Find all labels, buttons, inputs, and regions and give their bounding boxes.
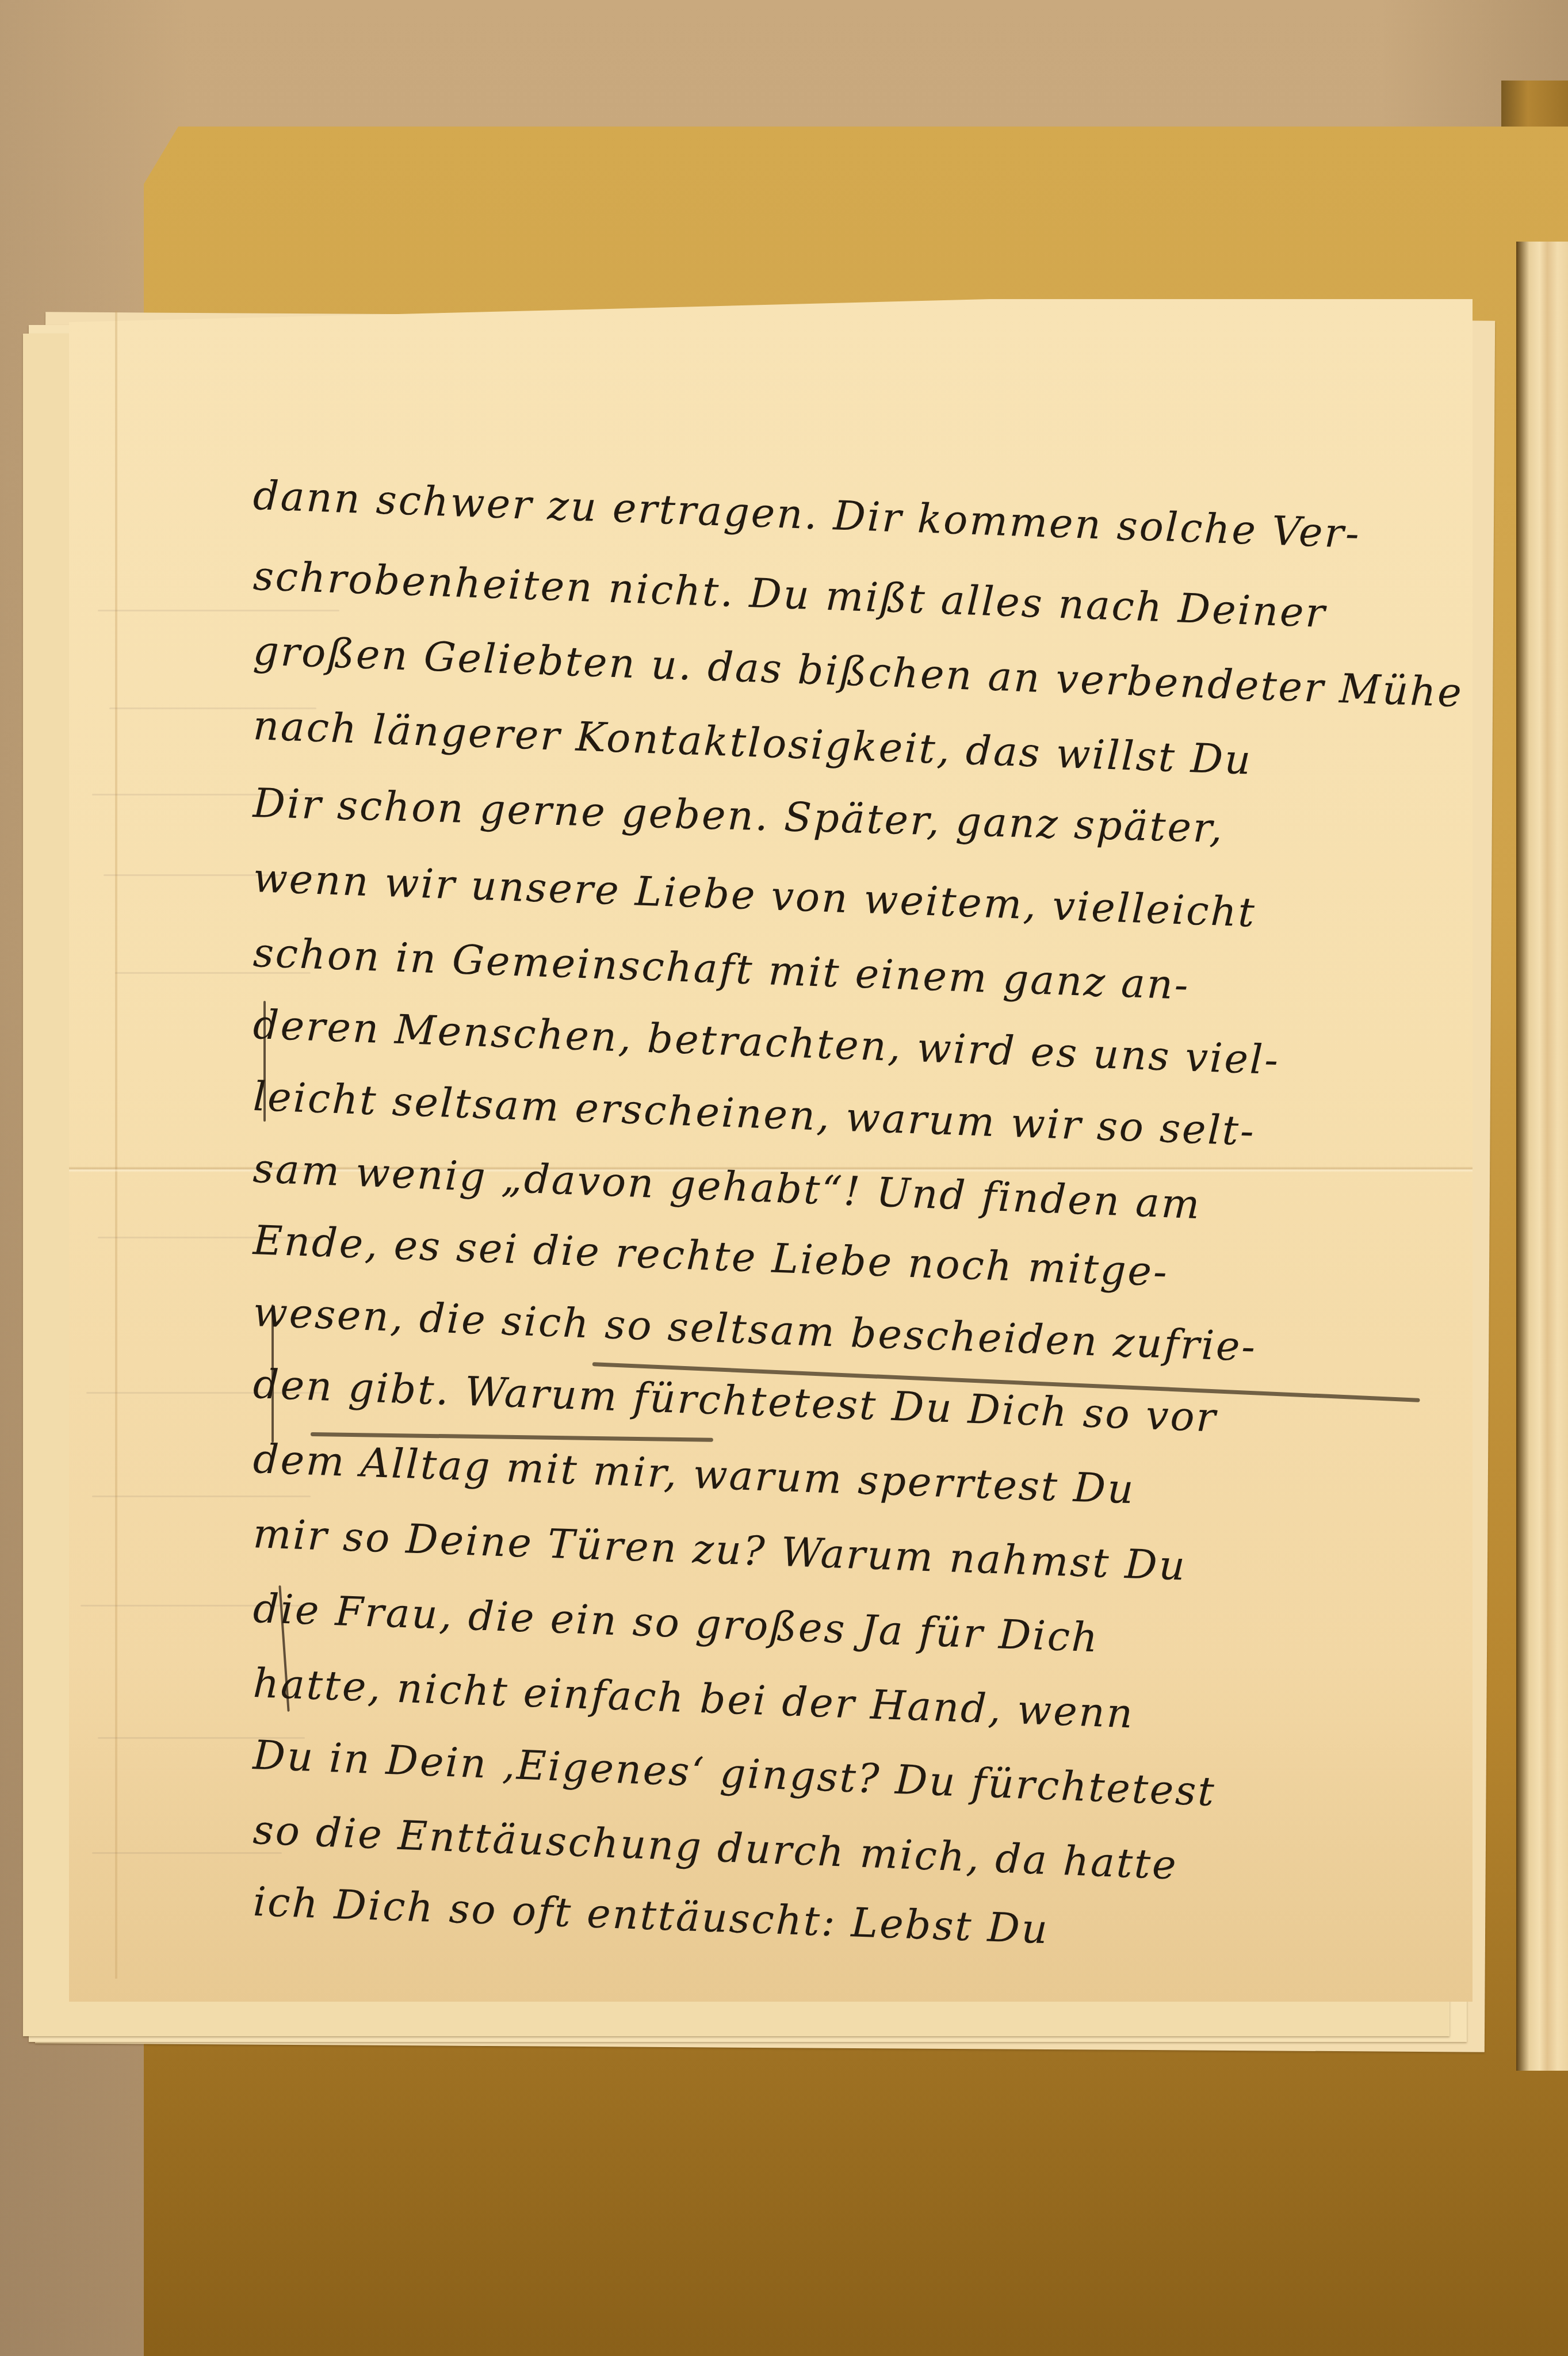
page-edge — [115, 311, 117, 1979]
pencil-annotation — [213, 357, 374, 380]
next-page-stack — [1516, 242, 1568, 2071]
